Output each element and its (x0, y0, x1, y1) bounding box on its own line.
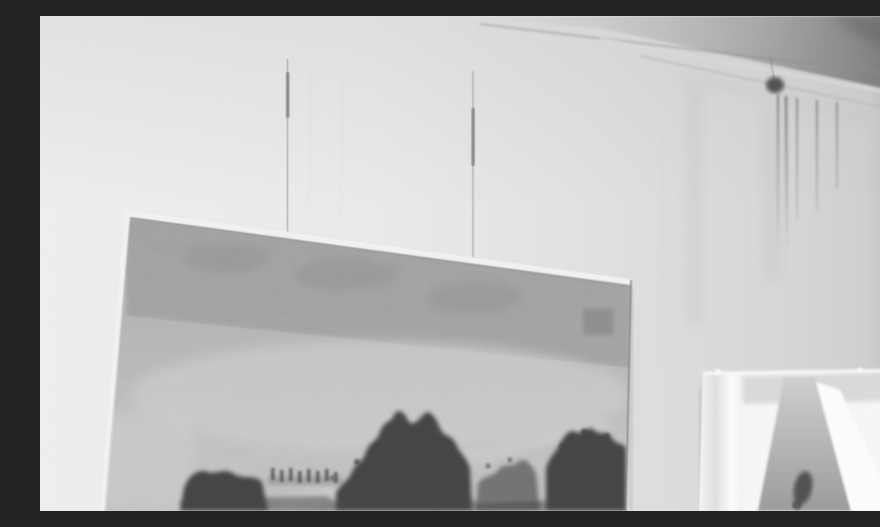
photo-grain-overlay (40, 16, 880, 511)
gallery-photo (40, 16, 880, 511)
scene (40, 16, 880, 511)
